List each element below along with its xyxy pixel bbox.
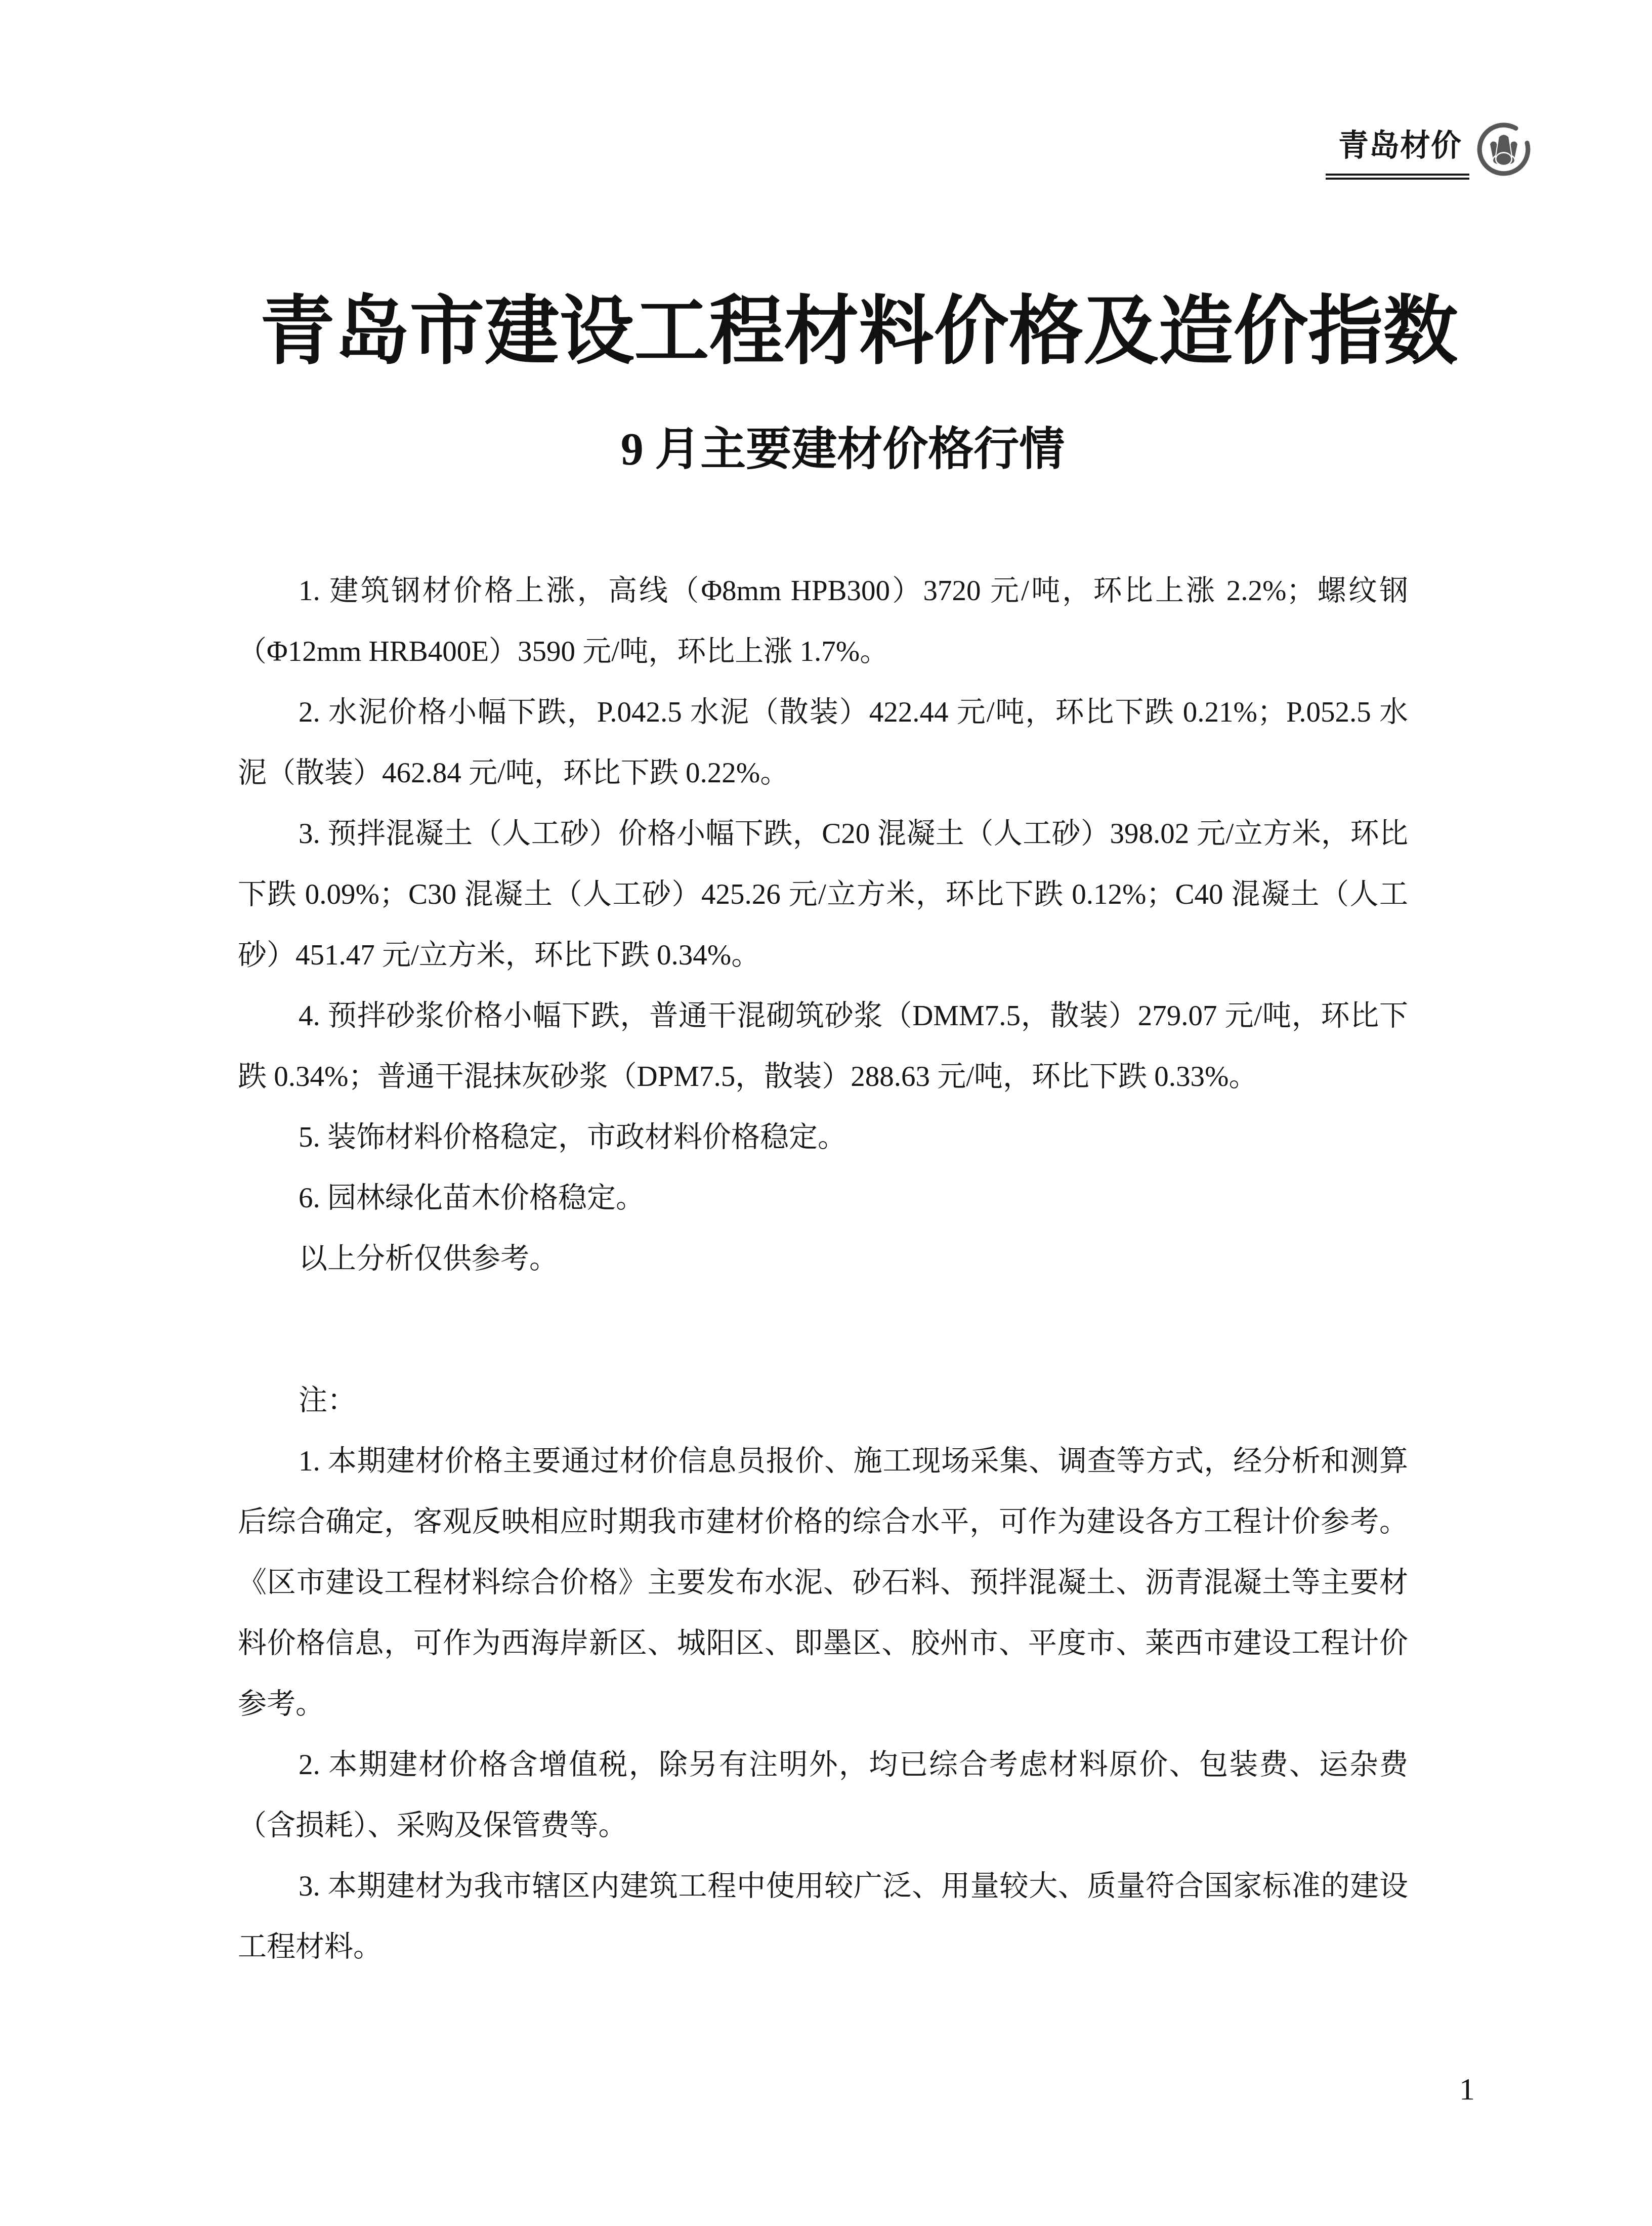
document-page: { "brand": { "label": "青岛材价" }, "header"… (0, 0, 1652, 2226)
analysis-paragraph: 3. 预拌混凝土（人工砂）价格小幅下跌，C20 混凝土（人工砂）398.02 元… (238, 804, 1408, 986)
note-item: 3. 本期建材为我市辖区内建筑工程中使用较广泛、用量较大、质量符合国家标准的建设… (238, 1856, 1408, 1978)
analysis-paragraph: 4. 预拌砂浆价格小幅下跌，普通干混砌筑砂浆（DMM7.5，散装）279.07 … (238, 986, 1408, 1107)
analysis-paragraph: 以上分析仅供参考。 (238, 1229, 1408, 1289)
analysis-paragraph: 6. 园林绿化苗木价格稳定。 (238, 1168, 1408, 1229)
brand-double-rule (1326, 174, 1469, 180)
brand-text: 青岛材价 (1338, 131, 1462, 161)
notes-label: 注： (238, 1370, 1408, 1431)
analysis-paragraph: 1. 建筑钢材价格上涨，高线（Φ8mm HPB300）3720 元/吨，环比上涨… (238, 561, 1408, 682)
document-body: 1. 建筑钢材价格上涨，高线（Φ8mm HPB300）3720 元/吨，环比上涨… (238, 561, 1408, 1978)
page-number: 1 (1459, 2074, 1475, 2105)
document-subtitle: 9 月主要建材价格行情 (0, 425, 1652, 475)
note-item: 1. 本期建材价格主要通过材价信息员报价、施工现场采集、调查等方式，经分析和测算… (238, 1431, 1408, 1735)
document-title: 青岛市建设工程材料价格及造价指数 (0, 292, 1652, 370)
analysis-paragraph: 2. 水泥价格小幅下跌，P.042.5 水泥（散装）422.44 元/吨，环比下… (238, 682, 1408, 804)
steel-pipes-logo-icon (1475, 120, 1532, 178)
analysis-paragraph: 5. 装饰材料价格稳定，市政材料价格稳定。 (238, 1107, 1408, 1168)
note-item: 2. 本期建材价格含增值税，除另有注明外，均已综合考虑材料原价、包装费、运杂费（… (238, 1735, 1408, 1856)
